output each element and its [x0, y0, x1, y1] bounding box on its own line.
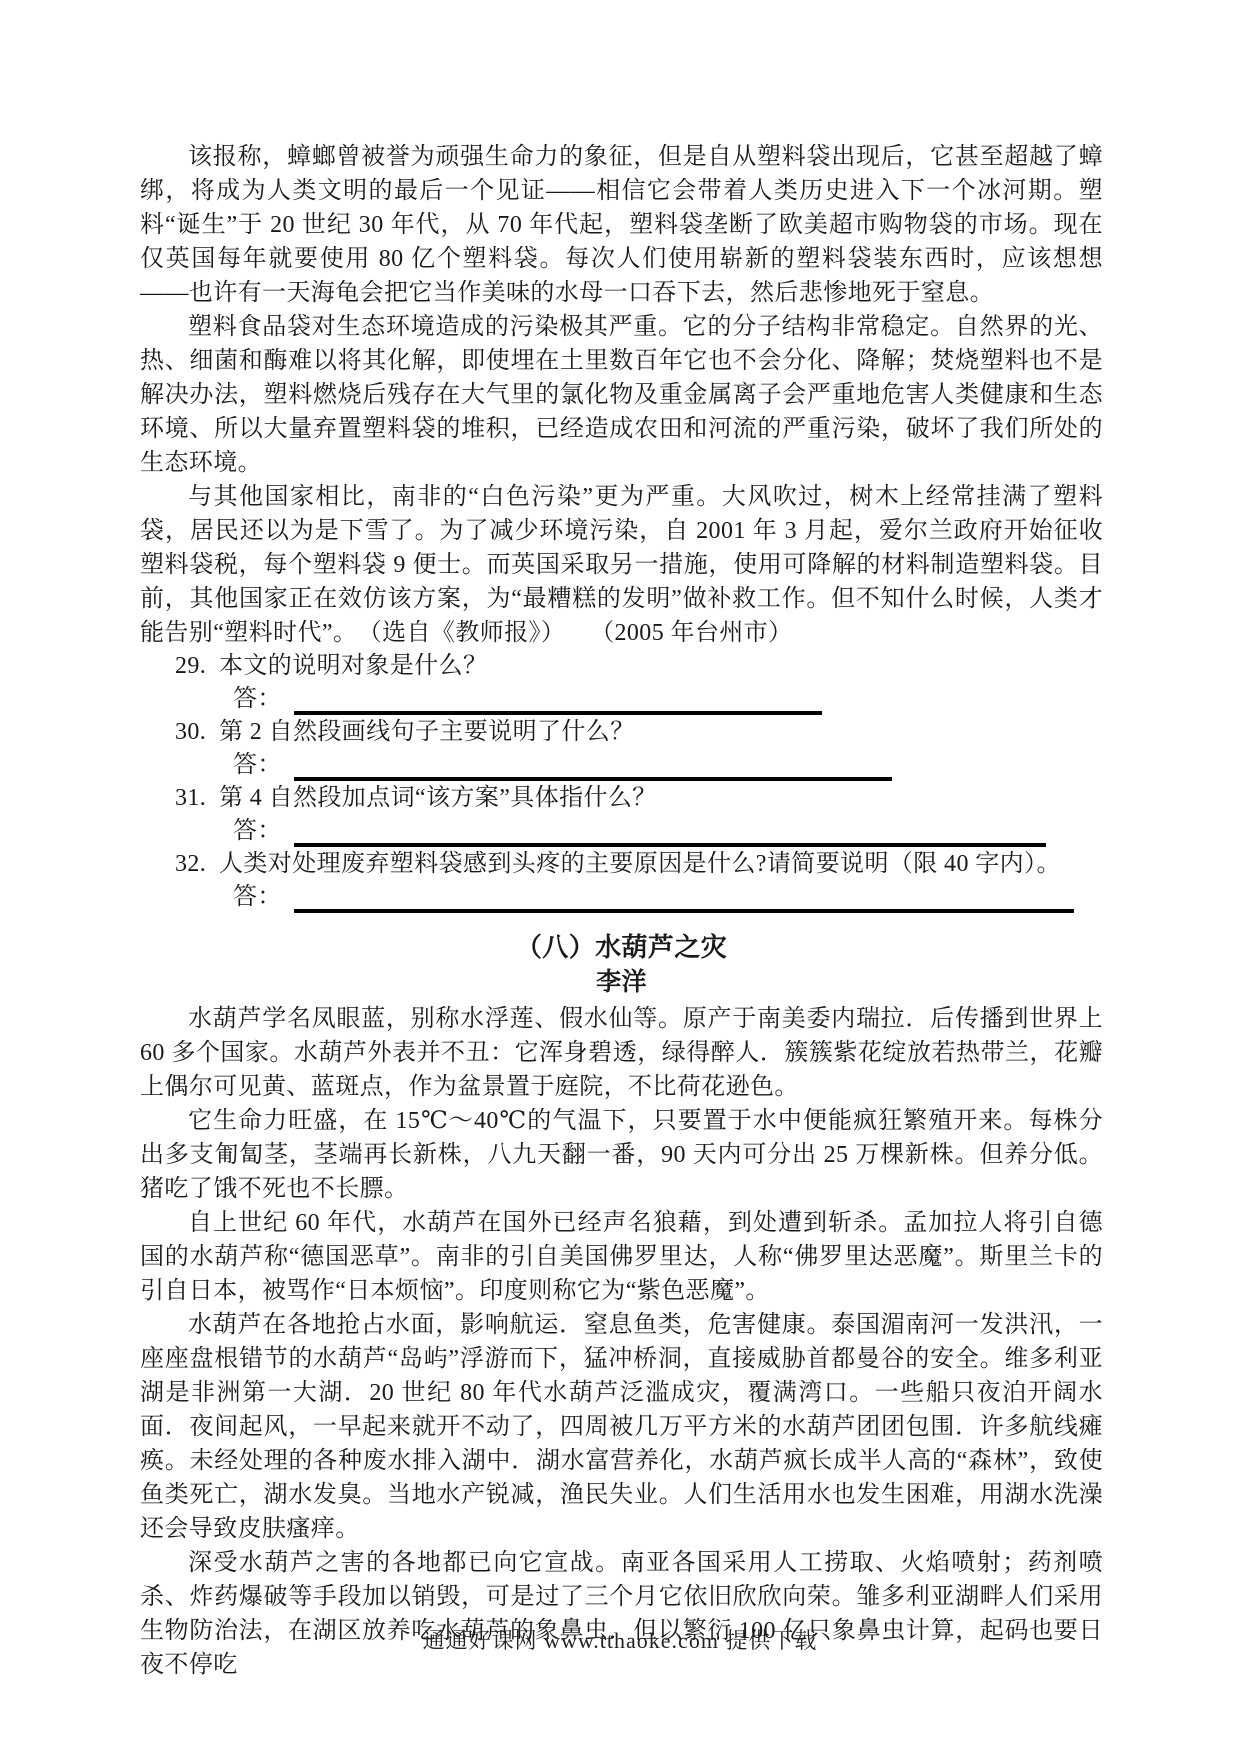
question-29-number: 29. [175, 650, 219, 683]
question-32-answer-blank [294, 887, 1074, 913]
article1-paragraph-1: 该报称，蟑螂曾被誉为顽强生命力的象征，但是自从塑料袋出现后，它甚至超越了蟑绑，将… [140, 140, 1103, 310]
page-footer: 通通好课网 www.tthaoke.com 提供下载 [0, 1624, 1240, 1655]
question-30-answer-label: 答： [233, 752, 282, 778]
question-31-text: 第 4 自然段加点词“该方案”具体指什么？ [219, 785, 657, 811]
question-32-answer-label: 答： [233, 884, 282, 910]
footer-text: 通通好课网 www.tthaoke.com 提供下载 [423, 1628, 818, 1653]
question-32-number: 32. [175, 848, 219, 881]
question-30-number: 30. [175, 716, 219, 749]
document-content: 该报称，蟑螂曾被誉为顽强生命力的象征，但是自从塑料袋出现后，它甚至超越了蟑绑，将… [140, 140, 1103, 1682]
question-29-answer-line: 答： [233, 683, 1103, 716]
question-32-answer-line: 答： [233, 881, 1103, 914]
question-32: 32.人类对处理废弃塑料袋感到头疼的主要原因是什么?请简要说明（限 40 字内）… [140, 848, 1103, 914]
question-31-line: 31.第 4 自然段加点词“该方案”具体指什么？ [175, 782, 1103, 815]
author-name: 李洋 [140, 966, 1103, 1000]
article2-paragraph-4: 水葫芦在各地抢占水面，影响航运．窒息鱼类，危害健康。泰国湄南河一发洪汛，一座座盘… [140, 1308, 1103, 1546]
article2-paragraph-2: 它生命力旺盛，在 15℃～40℃的气温下，只要置于水中便能疯狂繁殖开来。每株分出… [140, 1104, 1103, 1206]
article2-paragraph-5: 深受水葫芦之害的各地都已向它宣战。南亚各国采用人工捞取、火焰喷射；药剂喷杀、炸药… [140, 1546, 1103, 1682]
question-31: 31.第 4 自然段加点词“该方案”具体指什么？ 答： [140, 782, 1103, 848]
article1-paragraph-2: 塑料食品袋对生态环境造成的污染极其严重。它的分子结构非常稳定。自然界的光、热、细… [140, 310, 1103, 480]
question-31-number: 31. [175, 782, 219, 815]
question-29: 29.本文的说明对象是什么？ 答： [140, 650, 1103, 716]
question-29-line: 29.本文的说明对象是什么？ [175, 650, 1103, 683]
document-page: 该报称，蟑螂曾被誉为顽强生命力的象征，但是自从塑料袋出现后，它甚至超越了蟑绑，将… [0, 0, 1240, 1754]
question-30-answer-blank [294, 755, 892, 781]
question-32-text: 人类对处理废弃塑料袋感到头疼的主要原因是什么?请简要说明（限 40 字内）。 [219, 851, 1061, 877]
question-30-line: 30.第 2 自然段画线句子主要说明了什么？ [175, 716, 1103, 749]
section-title: （八）水葫芦之灾 [140, 930, 1103, 966]
question-29-text: 本文的说明对象是什么？ [219, 653, 487, 679]
article2-paragraph-1: 水葫芦学名凤眼蓝，别称水浮莲、假水仙等。原产于南美委内瑞拉．后传播到世界上 60… [140, 1002, 1103, 1104]
article2-paragraph-3: 自上世纪 60 年代，水葫芦在国外已经声名狼藉，到处遭到斩杀。孟加拉人将引自德国… [140, 1206, 1103, 1308]
question-29-answer-label: 答： [233, 686, 282, 712]
article1-paragraph-3: 与其他国家相比，南非的“白色污染”更为严重。大风吹过，树木上经常挂满了塑料袋，居… [140, 480, 1103, 650]
question-31-answer-blank [294, 821, 1046, 847]
question-31-answer-line: 答： [233, 815, 1103, 848]
question-31-answer-label: 答： [233, 818, 282, 844]
question-30-answer-line: 答： [233, 749, 1103, 782]
question-30: 30.第 2 自然段画线句子主要说明了什么？ 答： [140, 716, 1103, 782]
question-29-answer-blank [294, 689, 822, 715]
question-30-text: 第 2 自然段画线句子主要说明了什么？ [219, 719, 635, 745]
question-32-line: 32.人类对处理废弃塑料袋感到头疼的主要原因是什么?请简要说明（限 40 字内）… [175, 848, 1103, 881]
